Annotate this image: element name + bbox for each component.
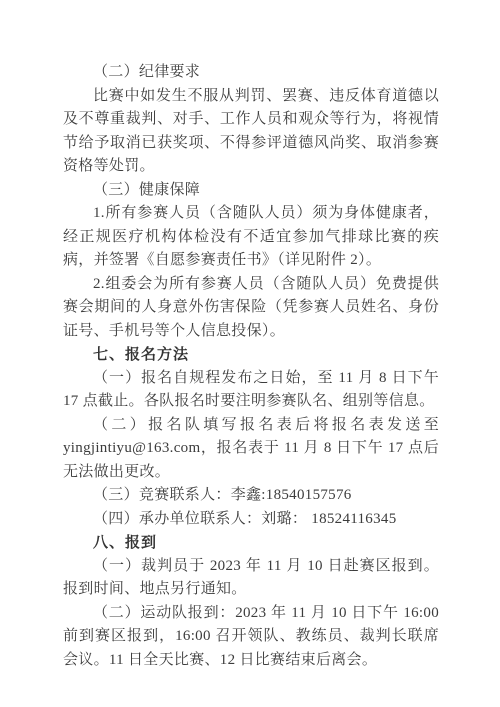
registration-item-2-prefix: （二）报名队填写报名表后将报名表发送至 — [93, 417, 439, 433]
contact-organizer-phone: 18524116345 — [311, 511, 396, 527]
registration-item-1: （一）报名自规程发布之日始，至 11 月 8 日下午 17 点截止。各队报名时要… — [63, 367, 439, 414]
health-heading: （三）健康保障 — [63, 179, 439, 203]
email-address: yingjintiyu@163.com — [63, 440, 200, 456]
contact-competition: （三）竞赛联系人：李鑫:18540157576 — [63, 484, 439, 508]
checkin-item-1: （一）裁判员于 2023 年 11 月 10 日赴赛区报到。报到时间、地点另行通… — [63, 555, 439, 602]
checkin-item-2: （二）运动队报到：2023 年 11 月 10 日下午 16:00 前到赛区报到… — [63, 602, 439, 673]
discipline-heading: （二）纪律要求 — [63, 61, 439, 85]
contact-organizer: （四）承办单位联系人：刘璐： 18524116345 — [63, 508, 439, 532]
checkin-section-heading: 八、报到 — [63, 531, 439, 555]
discipline-body: 比赛中如发生不服从判罚、罢赛、违反体育道德以及不尊重裁判、对手、工作人员和观众等… — [63, 85, 439, 179]
health-item-1: 1.所有参赛人员（含随队人员）须为身体健康者，经正规医疗机构体检没有不适宜参加气… — [63, 202, 439, 273]
health-item-2: 2.组委会为所有参赛人员（含随队人员）免费提供赛会期间的人身意外伤害保险（凭参赛… — [63, 273, 439, 344]
contact-competition-phone: 18540157576 — [266, 487, 352, 503]
document-page: （二）纪律要求 比赛中如发生不服从判罚、罢赛、违反体育道德以及不尊重裁判、对手、… — [0, 0, 500, 707]
contact-competition-label: （三）竞赛联系人：李鑫: — [93, 487, 266, 503]
contact-organizer-label: （四）承办单位联系人：刘璐： — [93, 511, 311, 527]
registration-item-2: （二）报名队填写报名表后将报名表发送至yingjintiyu@163.com，报… — [63, 414, 439, 485]
registration-section-heading: 七、报名方法 — [63, 343, 439, 367]
